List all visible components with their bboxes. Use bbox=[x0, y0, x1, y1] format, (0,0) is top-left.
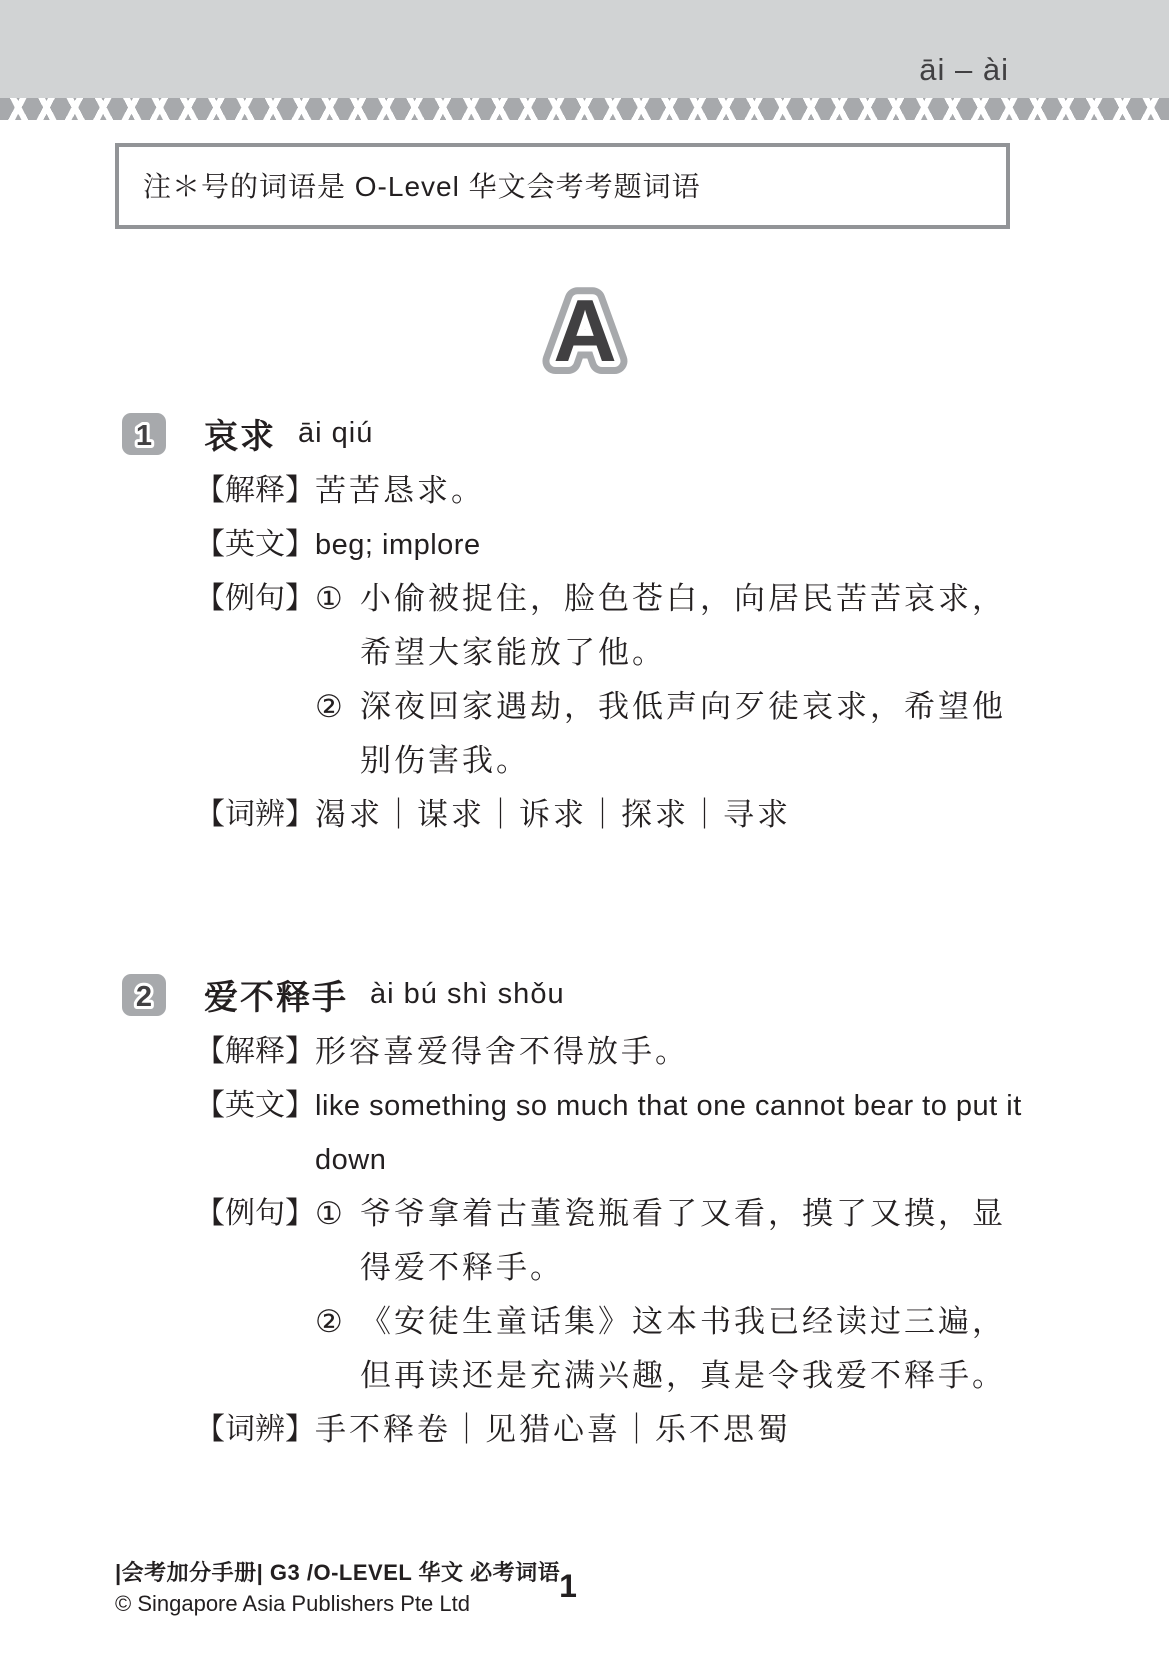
dictionary-page: āi – ài 注＊号的词语是 O-Level 华文会考考题词语 A A A 1… bbox=[0, 0, 1169, 1657]
explain-row: 【解释】 苦苦恳求。 bbox=[195, 464, 1169, 518]
footer: |会考加分手册| G3 /O-LEVEL 华文 必考词语 © Singapore… bbox=[115, 1556, 560, 1617]
example-label: 【例句】 bbox=[195, 1187, 315, 1241]
explain-label: 【解释】 bbox=[195, 1025, 315, 1079]
compare-label: 【词辨】 bbox=[195, 788, 315, 842]
entry-aibushishou: 2 2 爱不释手 ài bú shì shǒu 【解释】 形容喜爱得舍不得放手。… bbox=[0, 970, 1169, 1457]
pinyin-range-header: āi – ài bbox=[919, 52, 1009, 88]
footer-copyright: © Singapore Asia Publishers Pte Ltd bbox=[115, 1591, 560, 1617]
english-label: 【英文】 bbox=[195, 518, 315, 572]
example-list: ① 爷爷拿着古董瓷瓶看了又看，摸了又摸，显得爱不释手。 ② 《安徒生童话集》这本… bbox=[315, 1187, 1075, 1403]
example-row: 【例句】 ① 小偷被捉住，脸色苍白，向居民苦苦哀求，希望大家能放了他。 ② 深夜… bbox=[195, 572, 1169, 788]
example-label: 【例句】 bbox=[195, 572, 315, 626]
headword-pinyin: ài bú shì shǒu bbox=[370, 978, 565, 1011]
entry-number-badge: 2 2 bbox=[122, 974, 166, 1016]
english-row: 【英文】 beg; implore bbox=[195, 518, 1169, 572]
entry-heading: 2 2 爱不释手 ài bú shì shǒu bbox=[0, 970, 1169, 1019]
note-text: 注＊号的词语是 O-Level 华文会考考题词语 bbox=[143, 171, 701, 202]
example-item: ② 《安徒生童话集》这本书我已经读过三遍，但再读还是充满兴趣，真是令我爱不释手。 bbox=[315, 1295, 1075, 1403]
entry-number-badge: 1 1 bbox=[122, 413, 166, 455]
example-item: ② 深夜回家遇劫，我低声向歹徒哀求，希望他别伤害我。 bbox=[315, 680, 1075, 788]
compare-text: 手不释卷｜见猎心喜｜乐不思蜀 bbox=[315, 1403, 1075, 1457]
example-text: 爷爷拿着古董瓷瓶看了又看，摸了又摸，显得爱不释手。 bbox=[360, 1187, 1028, 1295]
example-marker: ② bbox=[315, 680, 360, 734]
english-label: 【英文】 bbox=[195, 1079, 315, 1133]
headword: 哀求 bbox=[204, 409, 276, 458]
example-marker: ① bbox=[315, 1187, 360, 1241]
note-box: 注＊号的词语是 O-Level 华文会考考题词语 bbox=[115, 143, 1010, 229]
english-text: like something so much that one cannot b… bbox=[315, 1079, 1075, 1187]
entry-heading: 1 1 哀求 āi qiú bbox=[0, 409, 1169, 458]
english-text: beg; implore bbox=[315, 518, 1075, 572]
explain-label: 【解释】 bbox=[195, 464, 315, 518]
page-number: 1 bbox=[548, 1568, 588, 1605]
english-row: 【英文】 like something so much that one can… bbox=[195, 1079, 1169, 1187]
explain-row: 【解释】 形容喜爱得舍不得放手。 bbox=[195, 1025, 1169, 1079]
compare-text: 渴求｜谋求｜诉求｜探求｜寻求 bbox=[315, 788, 1075, 842]
compare-row: 【词辨】 手不释卷｜见猎心喜｜乐不思蜀 bbox=[195, 1403, 1169, 1457]
example-marker: ② bbox=[315, 1295, 360, 1349]
example-text: 《安徒生童话集》这本书我已经读过三遍，但再读还是充满兴趣，真是令我爱不释手。 bbox=[360, 1295, 1028, 1403]
entry-number-badge-graphic: 1 1 bbox=[122, 413, 166, 455]
footer-series-title: |会考加分手册| G3 /O-LEVEL 华文 必考词语 bbox=[115, 1556, 560, 1587]
example-text: 小偷被捉住，脸色苍白，向居民苦苦哀求，希望大家能放了他。 bbox=[360, 572, 1028, 680]
svg-text:2: 2 bbox=[136, 981, 152, 1013]
entry-aiqiu: 1 1 哀求 āi qiú 【解释】 苦苦恳求。 【英文】 beg; implo… bbox=[0, 409, 1169, 842]
headword-pinyin: āi qiú bbox=[298, 417, 373, 450]
section-letter-a: A A A bbox=[505, 267, 665, 387]
entry-body: 【解释】 形容喜爱得舍不得放手。 【英文】 like something so … bbox=[0, 1019, 1169, 1457]
example-item: ① 爷爷拿着古董瓷瓶看了又看，摸了又摸，显得爱不释手。 bbox=[315, 1187, 1075, 1295]
page-header-band: āi – ài bbox=[0, 0, 1169, 98]
svg-text:A: A bbox=[553, 281, 617, 380]
example-item: ① 小偷被捉住，脸色苍白，向居民苦苦哀求，希望大家能放了他。 bbox=[315, 572, 1075, 680]
example-row: 【例句】 ① 爷爷拿着古董瓷瓶看了又看，摸了又摸，显得爱不释手。 ② 《安徒生童… bbox=[195, 1187, 1169, 1403]
explain-text: 苦苦恳求。 bbox=[315, 464, 1075, 518]
example-marker: ① bbox=[315, 572, 360, 626]
headword: 爱不释手 bbox=[204, 970, 348, 1019]
example-text: 深夜回家遇劫，我低声向歹徒哀求，希望他别伤害我。 bbox=[360, 680, 1028, 788]
compare-label: 【词辨】 bbox=[195, 1403, 315, 1457]
compare-row: 【词辨】 渴求｜谋求｜诉求｜探求｜寻求 bbox=[195, 788, 1169, 842]
explain-text: 形容喜爱得舍不得放手。 bbox=[315, 1025, 1075, 1079]
entry-body: 【解释】 苦苦恳求。 【英文】 beg; implore 【例句】 ① 小偷被捉… bbox=[0, 458, 1169, 842]
section-letter-block: A A A bbox=[0, 267, 1169, 387]
lattice-border-pattern bbox=[0, 98, 1169, 120]
entry-number-badge-graphic: 2 2 bbox=[122, 974, 166, 1016]
example-list: ① 小偷被捉住，脸色苍白，向居民苦苦哀求，希望大家能放了他。 ② 深夜回家遇劫，… bbox=[315, 572, 1075, 788]
svg-text:1: 1 bbox=[136, 420, 152, 452]
